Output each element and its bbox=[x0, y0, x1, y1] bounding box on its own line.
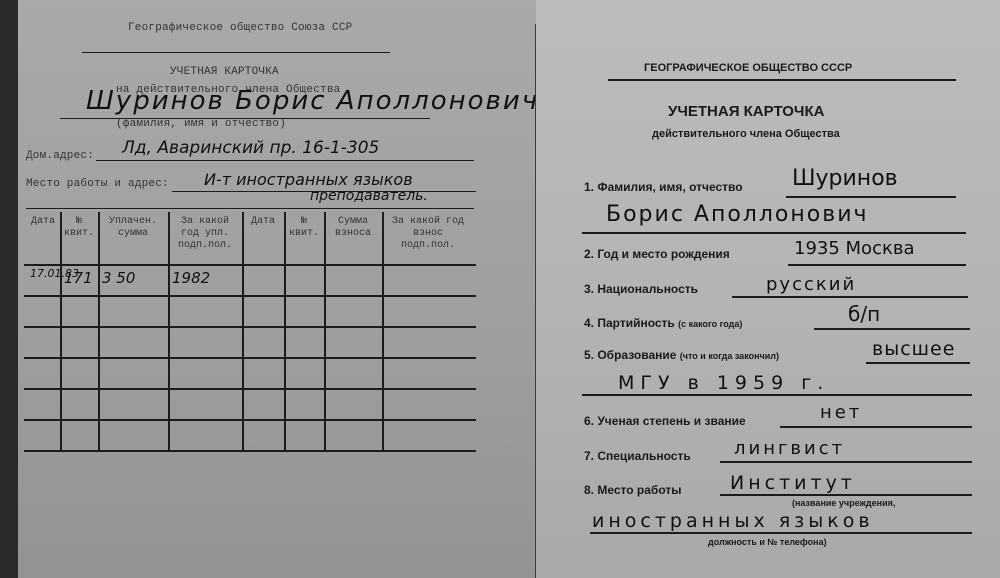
field-party-value: б/п bbox=[848, 302, 880, 326]
field-work-underline2 bbox=[590, 532, 972, 534]
field-name-label: 1. Фамилия, имя, отчество bbox=[584, 180, 743, 194]
field-education-label: 5. Образование (что и когда закончил) bbox=[584, 348, 779, 362]
table-cell: 1982 bbox=[172, 268, 210, 288]
table-row-divider bbox=[24, 450, 476, 452]
table-column-divider bbox=[284, 212, 286, 450]
table-column-divider bbox=[324, 212, 326, 450]
field-education-underline bbox=[866, 362, 970, 364]
field-work-value2: иностранных языков bbox=[592, 510, 874, 532]
table-header-cell: Дата bbox=[244, 216, 282, 228]
work-value-line2: преподаватель. bbox=[310, 188, 428, 204]
field-nationality-value: русский bbox=[766, 274, 856, 295]
field-birth-underline bbox=[788, 264, 966, 266]
field-specialty-label: 7. Специальность bbox=[584, 449, 691, 463]
table-row-divider bbox=[24, 357, 476, 359]
field-education-label-text: 5. Образование bbox=[584, 348, 676, 362]
field-work-caption2: должность и № телефона) bbox=[708, 537, 827, 547]
table-column-divider bbox=[242, 212, 244, 450]
table-row-divider bbox=[24, 295, 476, 297]
field-birth-value: 1935 Москва bbox=[794, 238, 914, 259]
home-address-value: Лд, Аваринский пр. 16-1-305 bbox=[122, 138, 379, 158]
field-nationality-label: 3. Национальность bbox=[584, 282, 698, 296]
left-header-rule bbox=[82, 52, 390, 53]
home-address-label: Дом.адрес: bbox=[26, 150, 94, 162]
field-specialty-value: лингвист bbox=[734, 438, 845, 459]
work-underline-2 bbox=[26, 208, 474, 209]
field-work-underline bbox=[720, 494, 972, 496]
table-row-divider bbox=[24, 326, 476, 328]
field-party-label: 4. Партийность (с какого года) bbox=[584, 316, 742, 330]
table-column-divider bbox=[60, 212, 62, 450]
table-cell: 3 50 bbox=[102, 268, 135, 288]
field-party-underline bbox=[814, 328, 970, 330]
work-label: Место работы и адрес: bbox=[26, 178, 169, 190]
field-name-underline2 bbox=[582, 232, 966, 234]
field-degree-value: нет bbox=[820, 402, 862, 423]
field-education-value2: МГУ в 1959 г. bbox=[618, 372, 829, 394]
table-row-divider bbox=[24, 388, 476, 390]
table-cell: 171 bbox=[64, 268, 93, 288]
field-nationality-underline bbox=[732, 296, 968, 298]
right-org-title: ГЕОГРАФИЧЕСКОЕ ОБЩЕСТВО СССР bbox=[644, 62, 852, 74]
name-caption: (фамилия, имя и отчество) bbox=[116, 118, 286, 130]
work-value-line1: И-т иностранных языков bbox=[204, 170, 413, 189]
field-birth-label: 2. Год и место рождения bbox=[584, 247, 730, 261]
table-header-cell: За какой год взнос подп.пол. bbox=[384, 216, 472, 252]
right-card: ГЕОГРАФИЧЕСКОЕ ОБЩЕСТВО СССР УЧЕТНАЯ КАР… bbox=[536, 0, 1000, 578]
table-column-divider bbox=[98, 212, 100, 450]
left-card-title: УЧЕТНАЯ КАРТОЧКА bbox=[170, 66, 279, 78]
home-address-underline bbox=[96, 160, 474, 161]
left-org-title: Географическое общество Союза ССР bbox=[128, 22, 352, 34]
right-card-title: УЧЕТНАЯ КАРТОЧКА bbox=[668, 103, 824, 120]
field-degree-underline bbox=[780, 426, 972, 428]
table-row-divider bbox=[24, 264, 476, 266]
field-work-label: 8. Место работы bbox=[584, 483, 681, 497]
field-education-sublabel: (что и когда закончил) bbox=[680, 351, 779, 361]
field-degree-label: 6. Ученая степень и звание bbox=[584, 414, 746, 428]
left-card: Географическое общество Союза ССР УЧЕТНА… bbox=[18, 0, 536, 578]
field-work-caption: (название учреждения, bbox=[792, 498, 895, 508]
table-header-cell: Сумма взноса bbox=[326, 216, 380, 240]
table-header-cell: № квит. bbox=[286, 216, 322, 240]
field-party-sublabel: (с какого года) bbox=[678, 319, 742, 329]
field-party-label-text: 4. Партийность bbox=[584, 316, 675, 330]
table-header-cell: № квит. bbox=[62, 216, 96, 240]
right-header-rule bbox=[608, 79, 956, 81]
right-card-subtitle: действительного члена Общества bbox=[652, 128, 840, 140]
table-cell: 17.01.83 bbox=[30, 268, 60, 280]
field-education-underline2 bbox=[582, 394, 972, 396]
table-row-divider bbox=[24, 419, 476, 421]
field-name-underline bbox=[786, 196, 956, 198]
field-education-value: высшее bbox=[872, 338, 955, 360]
field-name-value2: Борис Аполлонович bbox=[606, 202, 869, 227]
left-name-value: Шуринов Борис Аполлонович bbox=[86, 86, 539, 116]
field-name-value: Шуринов bbox=[792, 166, 898, 191]
table-header-cell: Уплачен. сумма bbox=[100, 216, 166, 240]
table-header-cell: Дата bbox=[28, 216, 58, 228]
table-header-cell: За какой год упл. подп.пол. bbox=[170, 216, 240, 252]
field-specialty-underline bbox=[720, 461, 972, 463]
field-work-value: Институт bbox=[730, 472, 856, 494]
